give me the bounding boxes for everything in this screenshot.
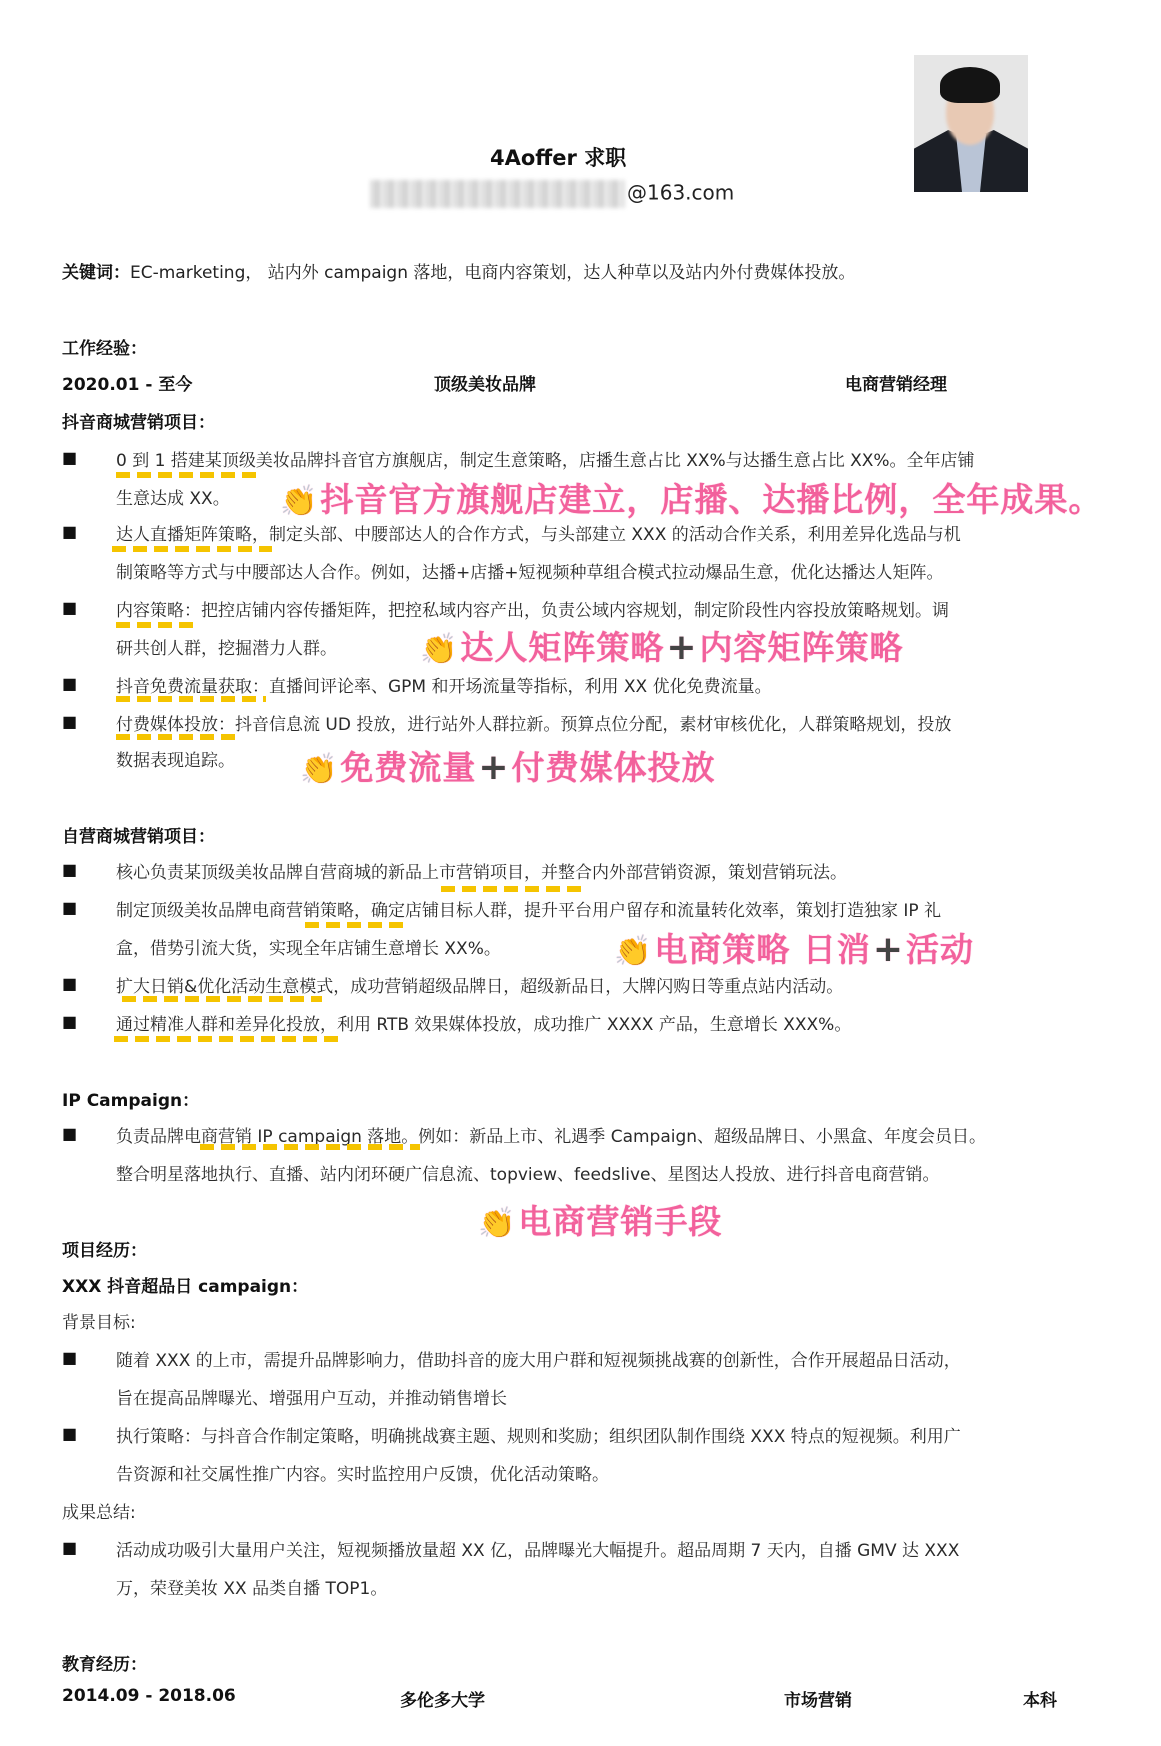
bullet-text: 生意达成 XX。 bbox=[116, 484, 230, 509]
bullet-icon: ■ bbox=[62, 598, 77, 617]
bullet-text: 研共创人群，挖掘潜力人群。 bbox=[116, 634, 337, 659]
subsection-ip-campaign: IP Campaign： bbox=[62, 1086, 199, 1111]
annotation-note: 👏免费流量+付费媒体投放 bbox=[300, 742, 716, 789]
highlight-dash bbox=[114, 1036, 342, 1042]
keywords-line: 关键词：EC-marketing， 站内外 campaign 落地，电商内容策划… bbox=[62, 258, 855, 283]
bullet-icon: ■ bbox=[62, 1124, 77, 1143]
highlight-dash bbox=[305, 922, 405, 928]
annotation-note: 👏达人矩阵策略+内容矩阵策略 bbox=[420, 622, 904, 669]
work-company: 顶级美妆品牌 bbox=[434, 370, 536, 395]
bullet-text: 付费媒体投放：抖音信息流 UD 投放，进行站外人群拉新。预算点位分配，素材审核优… bbox=[116, 710, 951, 735]
section-title-project: 项目经历： bbox=[62, 1236, 147, 1261]
bullet-text: 0 到 1 搭建某顶级美妆品牌抖音官方旗舰店，制定生意策略，店播生意占比 XX%… bbox=[116, 446, 975, 471]
annotation-note: 👏抖音官方旗舰店建立，店播、达播比例，全年成果。 bbox=[280, 474, 1102, 521]
plus-icon: + bbox=[873, 929, 904, 970]
bullet-icon: ■ bbox=[62, 898, 77, 917]
bullet-icon: ■ bbox=[62, 974, 77, 993]
bullet-icon: ■ bbox=[62, 1012, 77, 1031]
work-period: 2020.01 - 至今 bbox=[62, 370, 192, 395]
section-title-work: 工作经验： bbox=[62, 334, 147, 359]
bullet-text: 万，荣登美妆 XX 品类自播 TOP1。 bbox=[116, 1574, 387, 1599]
work-role: 电商营销经理 bbox=[845, 370, 947, 395]
education-period: 2014.09 - 2018.06 bbox=[62, 1686, 236, 1706]
clapping-hands-icon: 👏 bbox=[280, 484, 318, 519]
bullet-icon: ■ bbox=[62, 860, 77, 879]
subsection-self-mall: 自营商城营销项目： bbox=[62, 822, 215, 847]
bullet-text: 抖音免费流量获取：直播间评论率、GPM 和开场流量等指标，利用 XX 优化免费流… bbox=[116, 672, 772, 697]
keywords-text: EC-marketing， 站内外 campaign 落地，电商内容策划，达人种… bbox=[130, 263, 855, 283]
clapping-hands-icon: 👏 bbox=[420, 632, 458, 667]
resume-page: 4Aoffer 求职 @163.com 关键词：EC-marketing， 站内… bbox=[0, 0, 1161, 1746]
clapping-hands-icon: 👏 bbox=[478, 1206, 516, 1241]
bullet-text: 随着 XXX 的上市，需提升品牌影响力，借助抖音的庞大用户群和短视频挑战赛的创新… bbox=[116, 1346, 961, 1371]
section-title-education: 教育经历： bbox=[62, 1650, 147, 1675]
bullet-text: 扩大日销&优化活动生意模式，成功营销超级品牌日，超级新品日，大牌闪购日等重点站内… bbox=[116, 972, 843, 997]
bullet-text: 制定顶级美妆品牌电商营销策略，确定店铺目标人群，提升平台用户留存和流量转化效率，… bbox=[116, 896, 941, 921]
bullet-icon: ■ bbox=[62, 448, 77, 467]
bullet-text: 活动成功吸引大量用户关注，短视频播放量超 XX 亿，品牌曝光大幅提升。超品周期 … bbox=[116, 1536, 959, 1561]
highlight-dash bbox=[116, 696, 266, 702]
bullet-text: 达人直播矩阵策略，制定头部、中腰部达人的合作方式，与头部建立 XXX 的活动合作… bbox=[116, 520, 961, 545]
bullet-text: 整合明星落地执行、直播、站内闭环硬广信息流、topview、feedslive、… bbox=[116, 1160, 940, 1185]
annotation-note: 👏电商营销手段 bbox=[478, 1196, 722, 1243]
highlight-dash bbox=[112, 546, 272, 552]
bullet-text: 通过精准人群和差异化投放，利用 RTB 效果媒体投放，成功推广 XXXX 产品，… bbox=[116, 1010, 851, 1035]
bullet-icon: ■ bbox=[62, 522, 77, 541]
plus-icon: + bbox=[478, 747, 509, 788]
resume-title: 4Aoffer 求职 bbox=[490, 142, 626, 172]
education-school: 多伦多大学 bbox=[400, 1686, 485, 1711]
bullet-text: 执行策略：与抖音合作制定策略，明确挑战赛主题、规则和奖励；组织团队制作围绕 XX… bbox=[116, 1422, 961, 1447]
bullet-icon: ■ bbox=[62, 1348, 77, 1367]
annotation-note: 👏电商策略 日消+活动 bbox=[614, 924, 974, 971]
bullet-text: 制策略等方式与中腰部达人合作。例如，达播+店播+短视频种草组合模式拉动爆品生意，… bbox=[116, 558, 944, 583]
keywords-label: 关键词： bbox=[62, 263, 130, 283]
education-degree: 本科 bbox=[1023, 1686, 1057, 1711]
highlight-dash bbox=[116, 622, 200, 628]
subsection-douyin: 抖音商城营销项目： bbox=[62, 408, 215, 433]
bullet-icon: ■ bbox=[62, 674, 77, 693]
bullet-icon: ■ bbox=[62, 1424, 77, 1443]
bullet-text: 旨在提高品牌曝光、增强用户互动，并推动销售增长 bbox=[116, 1384, 507, 1409]
bullet-icon: ■ bbox=[62, 712, 77, 731]
bullet-text: 数据表现追踪。 bbox=[116, 746, 235, 771]
highlight-dash bbox=[441, 886, 586, 892]
bullet-icon: ■ bbox=[62, 1538, 77, 1557]
background-label: 背景目标: bbox=[62, 1308, 136, 1333]
contact-email: @163.com bbox=[627, 181, 734, 205]
project-name: XXX 抖音超品日 campaign： bbox=[62, 1272, 308, 1297]
education-major: 市场营销 bbox=[784, 1686, 852, 1711]
bullet-text: 告资源和社交属性推广内容。实时监控用户反馈，优化活动策略。 bbox=[116, 1460, 609, 1485]
highlight-dash bbox=[122, 996, 322, 1002]
highlight-dash bbox=[200, 1144, 420, 1150]
clapping-hands-icon: 👏 bbox=[614, 934, 652, 969]
plus-icon: + bbox=[666, 627, 697, 668]
contact-line: @163.com bbox=[370, 180, 734, 208]
clapping-hands-icon: 👏 bbox=[300, 752, 338, 787]
highlight-dash bbox=[116, 472, 256, 478]
bullet-text: 盒，借势引流大货，实现全年店铺生意增长 XX%。 bbox=[116, 934, 501, 959]
portrait-photo bbox=[914, 55, 1028, 192]
result-label: 成果总结: bbox=[62, 1498, 136, 1523]
redacted-contact bbox=[370, 180, 625, 208]
bullet-text: 内容策略：把控店铺内容传播矩阵，把控私域内容产出，负责公域内容规划，制定阶段性内… bbox=[116, 596, 949, 621]
bullet-text: 核心负责某顶级美妆品牌自营商城的新品上市营销项目，并整合内外部营销资源，策划营销… bbox=[116, 858, 847, 883]
highlight-dash bbox=[116, 734, 236, 740]
